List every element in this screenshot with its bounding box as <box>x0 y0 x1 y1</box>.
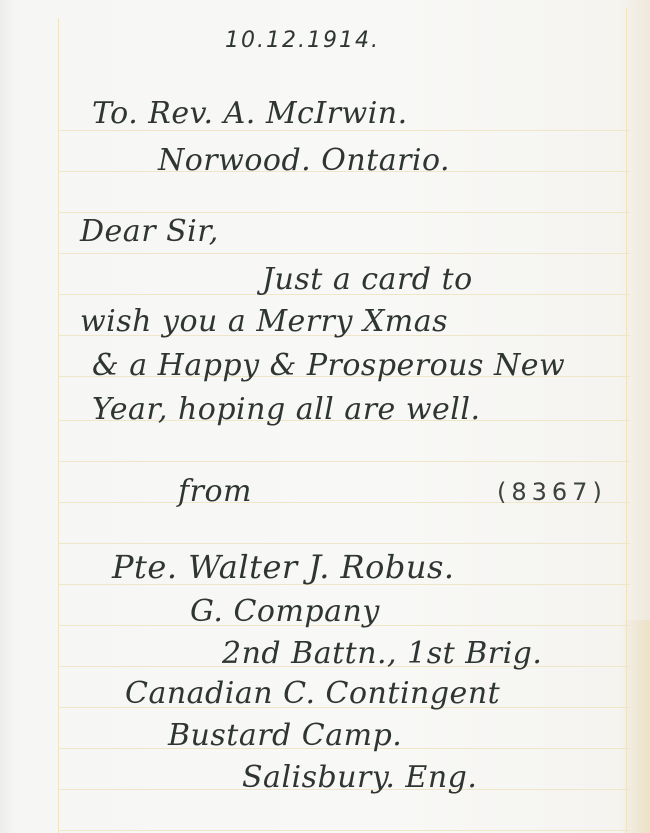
ruling-line <box>58 461 630 462</box>
ruling-line <box>58 212 630 213</box>
recipient-location: Norwood. Ontario. <box>158 143 450 178</box>
ruling-line <box>58 830 630 831</box>
signature-company: G. Company <box>190 594 380 629</box>
signature-contingent: Canadian C. Contingent <box>125 676 500 711</box>
signature-town: Salisbury. Eng. <box>242 760 477 795</box>
signature-battalion: 2nd Battn., 1st Brig. <box>222 636 542 671</box>
left-margin-line <box>58 18 59 833</box>
body-line: Just a card to <box>262 262 473 297</box>
closing: from <box>178 474 252 509</box>
signature-name: Pte. Walter J. Robus. <box>112 548 455 586</box>
body-line: wish you a Merry Xmas <box>80 304 448 339</box>
signature-camp: Bustard Camp. <box>168 718 402 753</box>
body-line: Year, hoping all are well. <box>92 392 480 427</box>
letter-sheet: 10.12.1914. To. Rev. A. McIrwin. Norwood… <box>0 0 650 833</box>
regimental-number: (8367) <box>497 478 607 506</box>
ruling-line <box>58 543 630 544</box>
salutation: Dear Sir, <box>80 214 219 249</box>
letter-date: 10.12.1914. <box>225 28 380 53</box>
body-line: & a Happy & Prosperous New <box>92 348 565 383</box>
ruling-line <box>58 253 630 254</box>
recipient-name: To. Rev. A. McIrwin. <box>92 96 408 131</box>
